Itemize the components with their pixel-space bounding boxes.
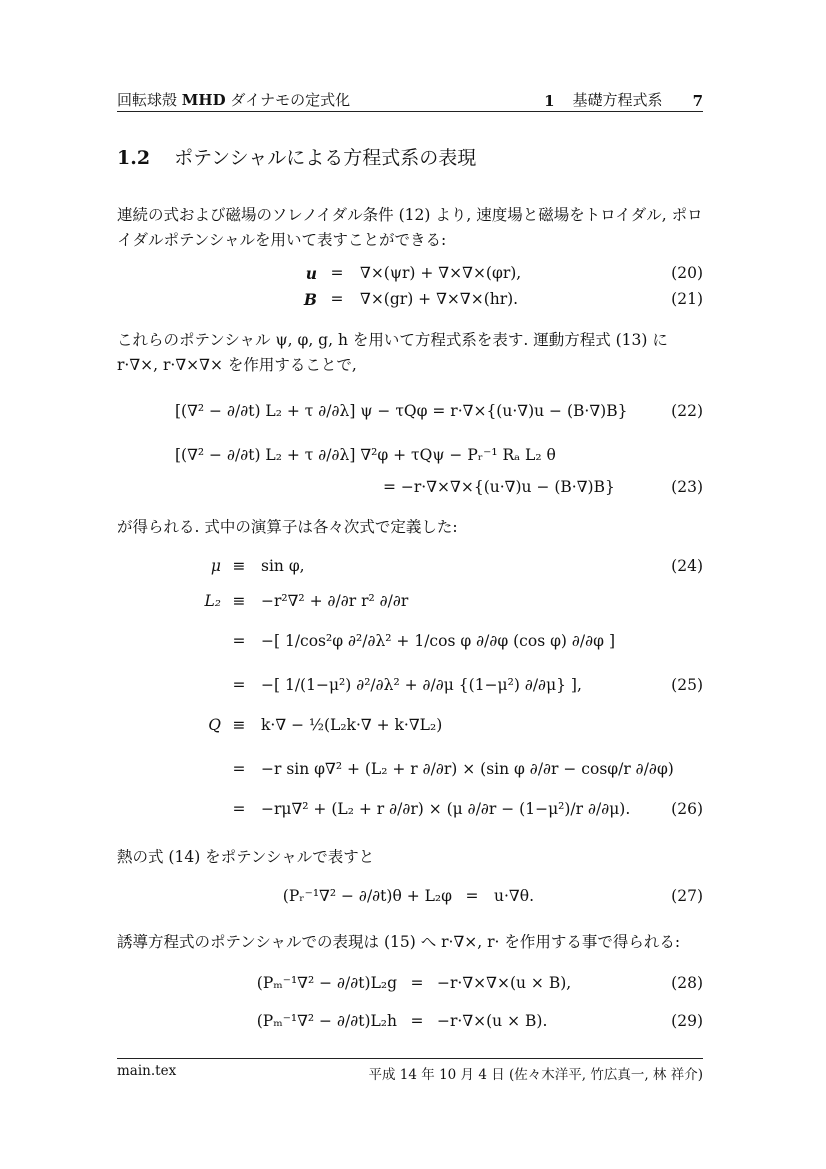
eq-lhs: L₂ — [177, 592, 221, 610]
header-title-bold: MHD — [182, 91, 226, 109]
eq-lhs: (Pₘ⁻¹∇² − ∂/∂t)L₂h — [117, 1012, 397, 1030]
equation-26: = −rμ∇² + (L₂ + r ∂/∂r) × (μ ∂/∂r − (1−μ… — [117, 800, 703, 826]
eq-lhs: Q — [177, 716, 221, 734]
equation-25: = −[ 1/(1−μ²) ∂²/∂λ² + ∂/∂μ {(1−μ²) ∂/∂μ… — [117, 676, 703, 702]
equation-29: (Pₘ⁻¹∇² − ∂/∂t)L₂h = −r·∇×(u × B). (29) — [117, 1012, 703, 1038]
eq-rel: = — [322, 290, 352, 308]
equation-23-line2: = −r·∇×∇×{(u·∇)u − (B·∇)B} (23) — [117, 478, 703, 504]
paragraph: これらのポテンシャル ψ, φ, g, h を用いて方程式系を表す. 運動方程式… — [117, 328, 703, 378]
eq-lhs: μ — [177, 557, 221, 575]
equation-21: B = ∇×(gr) + ∇×∇×(hr). (21) — [117, 290, 703, 316]
eq-rel: = — [402, 974, 432, 992]
section-title: ポテンシャルによる方程式系の表現 — [174, 147, 476, 169]
header-chapter-number: 1 — [544, 92, 554, 110]
equation-24: μ ≡ sin φ, (24) — [117, 557, 703, 583]
eq-number: (20) — [671, 264, 703, 282]
paragraph: が得られる. 式中の演算子は各々次式で定義した: — [117, 515, 703, 540]
eq-lhs: (Pᵣ⁻¹∇² − ∂/∂t)θ + L₂φ — [117, 887, 452, 905]
equation-L2-def: L₂ ≡ −r²∇² + ∂/∂r r² ∂/∂r — [117, 592, 703, 618]
eq-rel: = — [224, 632, 254, 650]
eq-rel: = — [402, 1012, 432, 1030]
running-footer: main.tex 平成 14 年 10 月 4 日 (佐々木洋平, 竹広真一, … — [117, 1063, 703, 1083]
equation-20: u = ∇×(ψr) + ∇×∇×(φr), (20) — [117, 264, 703, 290]
footer-date-authors: 平成 14 年 10 月 4 日 (佐々木洋平, 竹広真一, 林 祥介) — [369, 1063, 703, 1083]
eq-rhs: sin φ, — [261, 557, 305, 575]
eq-rel: = — [322, 264, 352, 282]
eq-rel: = — [224, 760, 254, 778]
eq-number: (27) — [671, 887, 703, 905]
eq-rel: = — [224, 800, 254, 818]
eq-rel: ≡ — [224, 716, 254, 734]
paragraph: 連続の式および磁場のソレノイダル条件 (12) より, 速度場と磁場をトロイダル… — [117, 203, 703, 253]
running-header: 回転球殻 MHD ダイナモの定式化 1 基礎方程式系 7 — [117, 88, 703, 110]
paragraph: 誘導方程式のポテンシャルでの表現は (15) へ r·∇×, r· を作用する事… — [117, 930, 703, 955]
header-title-prefix: 回転球殻 — [117, 91, 177, 109]
eq-rhs: [(∇² − ∂/∂t) L₂ + τ ∂/∂λ] ∇²φ + τQψ − Pᵣ… — [175, 446, 556, 464]
equation-Q-step: = −r sin φ∇² + (L₂ + r ∂/∂r) × (sin φ ∂/… — [117, 760, 703, 786]
eq-rel: = — [224, 676, 254, 694]
equation-22: [(∇² − ∂/∂t) L₂ + τ ∂/∂λ] ψ − τQφ = r·∇×… — [117, 402, 703, 428]
eq-number: (26) — [671, 800, 703, 818]
footer-filename: main.tex — [117, 1063, 176, 1083]
eq-rhs: −[ 1/cos²φ ∂²/∂λ² + 1/cos φ ∂/∂φ (cos φ)… — [261, 632, 615, 650]
header-title-suffix: ダイナモの定式化 — [230, 91, 350, 109]
eq-number: (29) — [671, 1012, 703, 1030]
eq-rhs: −r sin φ∇² + (L₂ + r ∂/∂r) × (sin φ ∂/∂r… — [261, 760, 674, 778]
eq-number: (23) — [671, 478, 703, 496]
equation-28: (Pₘ⁻¹∇² − ∂/∂t)L₂g = −r·∇×∇×(u × B), (28… — [117, 974, 703, 1000]
eq-lhs: u — [267, 264, 317, 283]
equation-27: (Pᵣ⁻¹∇² − ∂/∂t)θ + L₂φ = u·∇θ. (27) — [117, 887, 703, 913]
eq-number: (25) — [671, 676, 703, 694]
eq-rhs: u·∇θ. — [494, 887, 534, 905]
eq-rhs: −r·∇×∇×(u × B), — [437, 974, 571, 992]
eq-lhs: B — [267, 290, 317, 309]
header-page-number: 7 — [693, 92, 703, 110]
header-chapter: 1 基礎方程式系 7 — [544, 89, 703, 110]
eq-rhs: −rμ∇² + (L₂ + r ∂/∂r) × (μ ∂/∂r − (1−μ²)… — [261, 800, 630, 818]
section-heading: 1.2 ポテンシャルによる方程式系の表現 — [117, 143, 476, 170]
equation-Q-def: Q ≡ k·∇ − ½(L₂k·∇ + k·∇L₂) — [117, 716, 703, 742]
eq-rel: = — [457, 887, 487, 905]
footer-rule — [117, 1058, 703, 1059]
equation-23-line1: [(∇² − ∂/∂t) L₂ + τ ∂/∂λ] ∇²φ + τQψ − Pᵣ… — [117, 446, 703, 472]
eq-rhs: ∇×(gr) + ∇×∇×(hr). — [360, 290, 518, 308]
header-chapter-title: 基礎方程式系 — [573, 89, 663, 110]
eq-rhs: −r²∇² + ∂/∂r r² ∂/∂r — [261, 592, 408, 610]
eq-number: (21) — [671, 290, 703, 308]
paper-page: 回転球殻 MHD ダイナモの定式化 1 基礎方程式系 7 1.2 ポテンシャルに… — [117, 0, 703, 1169]
header-doc-title: 回転球殻 MHD ダイナモの定式化 — [117, 89, 350, 110]
equation-L2-step: = −[ 1/cos²φ ∂²/∂λ² + 1/cos φ ∂/∂φ (cos … — [117, 632, 703, 658]
eq-lhs: (Pₘ⁻¹∇² − ∂/∂t)L₂g — [117, 974, 397, 992]
section-number: 1.2 — [117, 147, 150, 169]
eq-rhs: −r·∇×(u × B). — [437, 1012, 547, 1030]
eq-number: (28) — [671, 974, 703, 992]
eq-rel: ≡ — [224, 557, 254, 575]
eq-number: (24) — [671, 557, 703, 575]
eq-rhs: ∇×(ψr) + ∇×∇×(φr), — [360, 264, 521, 282]
eq-rhs: [(∇² − ∂/∂t) L₂ + τ ∂/∂λ] ψ − τQφ = r·∇×… — [175, 402, 627, 420]
eq-rel: ≡ — [224, 592, 254, 610]
paragraph: 熱の式 (14) をポテンシャルで表すと — [117, 845, 703, 870]
eq-rhs: = −r·∇×∇×{(u·∇)u − (B·∇)B} — [383, 478, 615, 496]
eq-rhs: −[ 1/(1−μ²) ∂²/∂λ² + ∂/∂μ {(1−μ²) ∂/∂μ} … — [261, 676, 582, 694]
header-rule — [117, 111, 703, 112]
eq-number: (22) — [671, 402, 703, 420]
eq-rhs: k·∇ − ½(L₂k·∇ + k·∇L₂) — [261, 716, 442, 734]
